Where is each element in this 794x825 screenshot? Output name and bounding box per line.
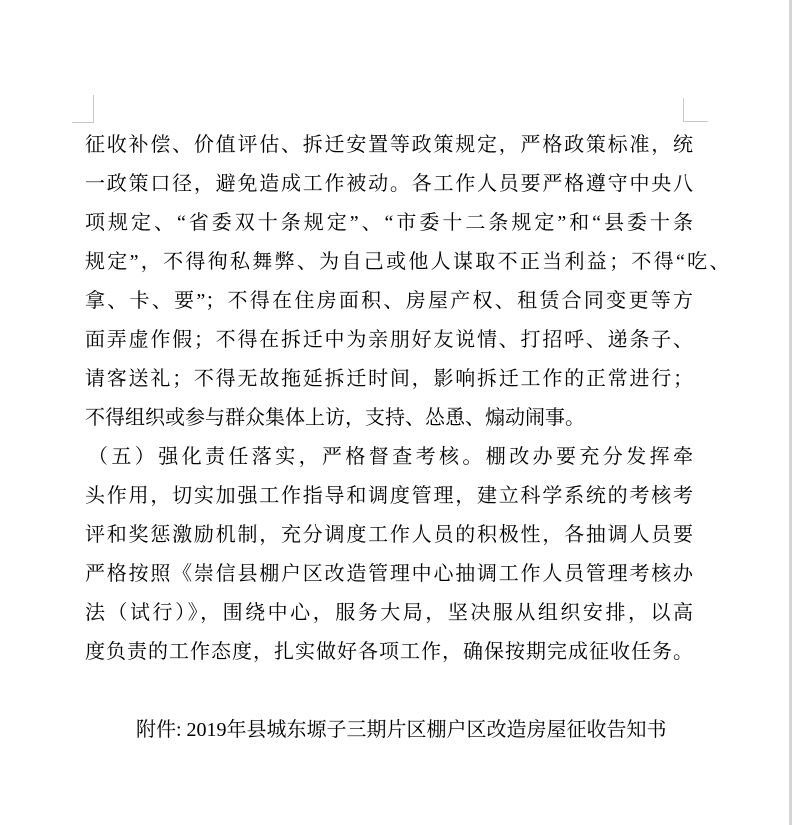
text-line: 评和奖惩激励机制，充分调度工作人员的积极性，各抽调人员要	[85, 516, 693, 555]
page-edge-line	[789, 0, 792, 825]
text-line: 规定”，不得徇私舞弊、为自己或他人谋取不正当利益；不得“吃、	[85, 243, 761, 282]
text-line: 面弄虚作假；不得在拆迁中为亲朋好友说情、打招呼、递条子、	[85, 321, 693, 360]
text-line: 不得组织或参与群众集体上访，支持、怂恿、煽动闹事。	[85, 399, 693, 438]
text-line: （五）强化责任落实，严格督查考核。棚改办要充分发挥牵	[85, 438, 693, 477]
text-line: 项规定、“省委双十条规定”、“市委十二条规定”和“县委十条	[85, 204, 693, 243]
text-line: 附件: 2019年县城东塬子三期片区棚户区改造房屋征收告知书	[85, 711, 693, 750]
text-line: 头作用，切实加强工作指导和调度管理，建立科学系统的考核考	[85, 477, 693, 516]
text-boundary-crop-mark-top-right	[683, 98, 708, 122]
text-line: 严格按照《崇信县棚户区改造管理中心抽调工作人员管理考核办	[85, 555, 693, 594]
text-line: 拿、卡、要”；不得在住房面积、房屋产权、租赁合同变更等方	[85, 282, 693, 321]
text-line: 请客送礼；不得无故拖延拆迁时间，影响拆迁工作的正常进行；	[85, 360, 693, 399]
text-line: 度负责的工作态度，扎实做好各项工作，确保按期完成征收任务。	[85, 633, 693, 672]
text-line: 法（试行）》，围绕中心，服务大局，坚决服从组织安排，以高	[85, 594, 693, 633]
text-line: 一政策口径，避免造成工作被动。各工作人员要严格遵守中央八	[85, 165, 693, 204]
document-page: 征收补偿、价值评估、拆迁安置等政策规定，严格政策标准，统一政策口径，避免造成工作…	[0, 0, 794, 825]
document-body: 征收补偿、价值评估、拆迁安置等政策规定，严格政策标准，统一政策口径，避免造成工作…	[85, 126, 693, 750]
text-line: 征收补偿、价值评估、拆迁安置等政策规定，严格政策标准，统	[85, 126, 693, 165]
text-boundary-crop-mark-top-left	[72, 95, 94, 123]
